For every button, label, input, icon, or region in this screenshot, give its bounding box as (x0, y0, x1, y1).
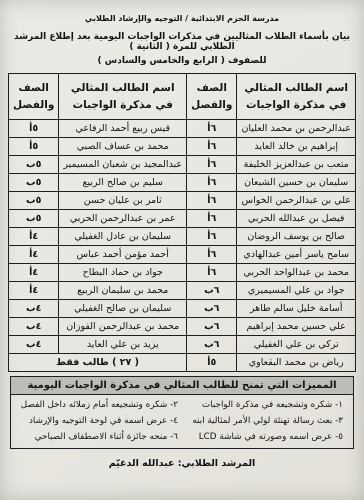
benefit-item: ٢- شكره وتشجيعه أمام زملائه داخل الفصل (17, 400, 178, 410)
class-cell: ٥ب (9, 192, 59, 210)
table-row: علي حسين محمد إبراهيم ٦ب محمد بن عبدالرح… (9, 318, 356, 336)
name-column-header: اسم الطالب المثالي في مذكرة الواجبات (237, 74, 356, 120)
student-name-cell: جواد بن حماد البطاح (59, 264, 187, 282)
class-cell: ٤أ (9, 282, 59, 300)
name-column-header-line2: في مذكرة الواجبات (241, 97, 351, 114)
class-cell: ٦ب (187, 336, 237, 354)
table-row: رياض بن محمد البقعاوي ٥أ ( ٢٧ ) طالب فقط (9, 354, 356, 372)
class-cell: ٦ب (187, 282, 237, 300)
class-cell: ٦أ (187, 156, 237, 174)
student-name-cell: عبدالرحمن بن محمد العليان (237, 120, 356, 138)
class-cell: ٥أ (9, 120, 59, 138)
scanned-document-page: مدرسة الحزم الابتدائية / التوجيه والإرشا… (0, 0, 364, 500)
student-name-cell: محمد بن عبدالرحمن الفوزان (59, 318, 187, 336)
table-row: عبدالرحمن بن محمد العليان ٦أ قيس ربيع أح… (9, 120, 356, 138)
student-name-cell: محمد بن عبدالواحد الحربي (237, 264, 356, 282)
class-cell: ٦ب (187, 318, 237, 336)
table-row: فيصل بن عبدالله الحربي ٦أ عمر بن عبدالرح… (9, 210, 356, 228)
name-column-header-line2: في مذكرة الواجبات (63, 97, 182, 114)
class-cell: ٤أ (9, 228, 59, 246)
class-cell: ٤ب (9, 318, 59, 336)
benefit-item: ٦- منحه جائزة أثناء الاصطفاف الصباحي (17, 432, 178, 442)
benefit-item: ٥- عرض اسمه وصورته في شاشة LCD (182, 432, 343, 442)
table-row: أسامة خليل سالم طاهر ٦ب سليمان بن صالح ا… (9, 300, 356, 318)
class-cell: ٦أ (187, 120, 237, 138)
ideal-students-table: اسم الطالب المثالي في مذكرة الواجبات الص… (8, 73, 356, 372)
class-cell: ٦ب (187, 300, 237, 318)
class-cell: ٦أ (187, 138, 237, 156)
class-column-header-line2: والفصل (191, 97, 232, 114)
table-row: جواد بن علي المسيميري ٦ب محمد بن سليمان … (9, 282, 356, 300)
class-column-header-line1: الصف (191, 80, 232, 97)
student-name-cell: سليمان بن حسين الشبعان (237, 174, 356, 192)
table-row: تركي بن علي الغفيلي ٦ب يزيد بن علي العاي… (9, 336, 356, 354)
class-cell: ٦أ (187, 192, 237, 210)
table-row: إبراهيم بن خالد العايد ٦أ محمد بن عساف ا… (9, 138, 356, 156)
student-name-cell: متعب بن عبدالعزيز الخليفة (237, 156, 356, 174)
benefits-title-bar: المميزات التي تمنح للطالب المثالي في مذك… (11, 377, 353, 395)
table-row: سامح ياسر أمين عبدالهادي ٦أ أحمد مؤمن أح… (9, 246, 356, 264)
benefits-list: ١- شكره وتشجيعه في مذكرة الواجبات ٢- شكر… (11, 395, 353, 448)
student-name-cell: محمد بن عساف الصبي (59, 138, 187, 156)
class-cell: ٤ب (9, 336, 59, 354)
school-name: مدرسة الحزم الابتدائية / التوجيه والإرشا… (0, 14, 364, 23)
benefits-section: المميزات التي تمنح للطالب المثالي في مذك… (10, 376, 354, 449)
student-name-cell: صالح بن يوسف الروضان (237, 228, 356, 246)
student-name-cell: تركي بن علي الغفيلي (237, 336, 356, 354)
student-name-cell: سليم بن صالح الربيع (59, 174, 187, 192)
total-count-cell: ( ٢٧ ) طالب فقط (9, 354, 187, 372)
counselor-signature: المرشد الطلابي: عبدالله الدغيّم (0, 458, 364, 469)
student-name-cell: سليمان بن صالح الغفيلي (59, 300, 187, 318)
class-cell: ٦أ (187, 174, 237, 192)
table-row: صالح بن يوسف الروضان ٦أ سليمان بن عادل ا… (9, 228, 356, 246)
student-name-cell: سليمان بن عادل الغفيلي (59, 228, 187, 246)
student-name-cell: قيس ربيع أحمد الرفاعي (59, 120, 187, 138)
student-name-cell: رياض بن محمد البقعاوي (237, 354, 356, 372)
name-column-header: اسم الطالب المثالي في مذكرة الواجبات (59, 74, 187, 120)
class-cell: ٥ب (9, 210, 59, 228)
benefit-item: ١- شكره وتشجيعه في مذكرة الواجبات (182, 400, 343, 410)
table-row: محمد بن عبدالواحد الحربي ٦أ جواد بن حماد… (9, 264, 356, 282)
student-name-cell: يزيد بن علي العايد (59, 336, 187, 354)
class-cell: ٦أ (187, 228, 237, 246)
table-header-row: اسم الطالب المثالي في مذكرة الواجبات الص… (9, 74, 356, 120)
student-name-cell: عمر بن عبدالرحمن الحربي (59, 210, 187, 228)
class-column-header-line2: والفصل (13, 97, 54, 114)
table-row: متعب بن عبدالعزيز الخليفة ٦أ عبدالمجيد ب… (9, 156, 356, 174)
student-name-cell: إبراهيم بن خالد العايد (237, 138, 356, 156)
student-name-cell: سامح ياسر أمين عبدالهادي (237, 246, 356, 264)
benefit-item: ٣- بعث رسالة تهنئة لولي الأمر لمثالية اب… (182, 416, 343, 426)
table-row: علي بن عبدالرحمن الخواس ٦أ ثامر بن عليان… (9, 192, 356, 210)
class-cell: ٦أ (187, 210, 237, 228)
student-name-cell: جواد بن علي المسيميري (237, 282, 356, 300)
class-cell: ٤أ (9, 246, 59, 264)
class-cell: ٤أ (9, 264, 59, 282)
student-name-cell: عبدالمجيد بن شعبان المسيمير (59, 156, 187, 174)
class-cell: ٦أ (187, 246, 237, 264)
student-name-cell: محمد بن سليمان الربيع (59, 282, 187, 300)
class-cell: ٤ب (9, 300, 59, 318)
class-column-header: الصف والفصل (187, 74, 237, 120)
student-name-cell: علي حسين محمد إبراهيم (237, 318, 356, 336)
name-column-header-line1: اسم الطالب المثالي (241, 80, 351, 97)
benefit-item: ٤- عرض اسمه في لوحة التوجيه والإرشاد (17, 416, 178, 426)
student-name-cell: فيصل بن عبدالله الحربي (237, 210, 356, 228)
class-column-header-line1: الصف (13, 80, 54, 97)
student-name-cell: أحمد مؤمن أحمد عباس (59, 246, 187, 264)
table-row: سليمان بن حسين الشبعان ٦أ سليم بن صالح ا… (9, 174, 356, 192)
student-name-cell: أسامة خليل سالم طاهر (237, 300, 356, 318)
class-cell: ٥أ (187, 354, 237, 372)
student-name-cell: ثامر بن عليان حسن (59, 192, 187, 210)
class-cell: ٥أ (9, 138, 59, 156)
student-name-cell: علي بن عبدالرحمن الخواس (237, 192, 356, 210)
class-column-header: الصف والفصل (9, 74, 59, 120)
class-cell: ٦أ (187, 264, 237, 282)
name-column-header-line1: اسم الطالب المثالي (63, 80, 182, 97)
class-cell: ٥ب (9, 156, 59, 174)
class-cell: ٥ب (9, 174, 59, 192)
grades-line: للصفوف ( الرابع والخامس والسادس ) (0, 56, 364, 66)
report-title: بيان بأسماء الطلاب المثاليين في مذكرات ا… (0, 32, 364, 52)
